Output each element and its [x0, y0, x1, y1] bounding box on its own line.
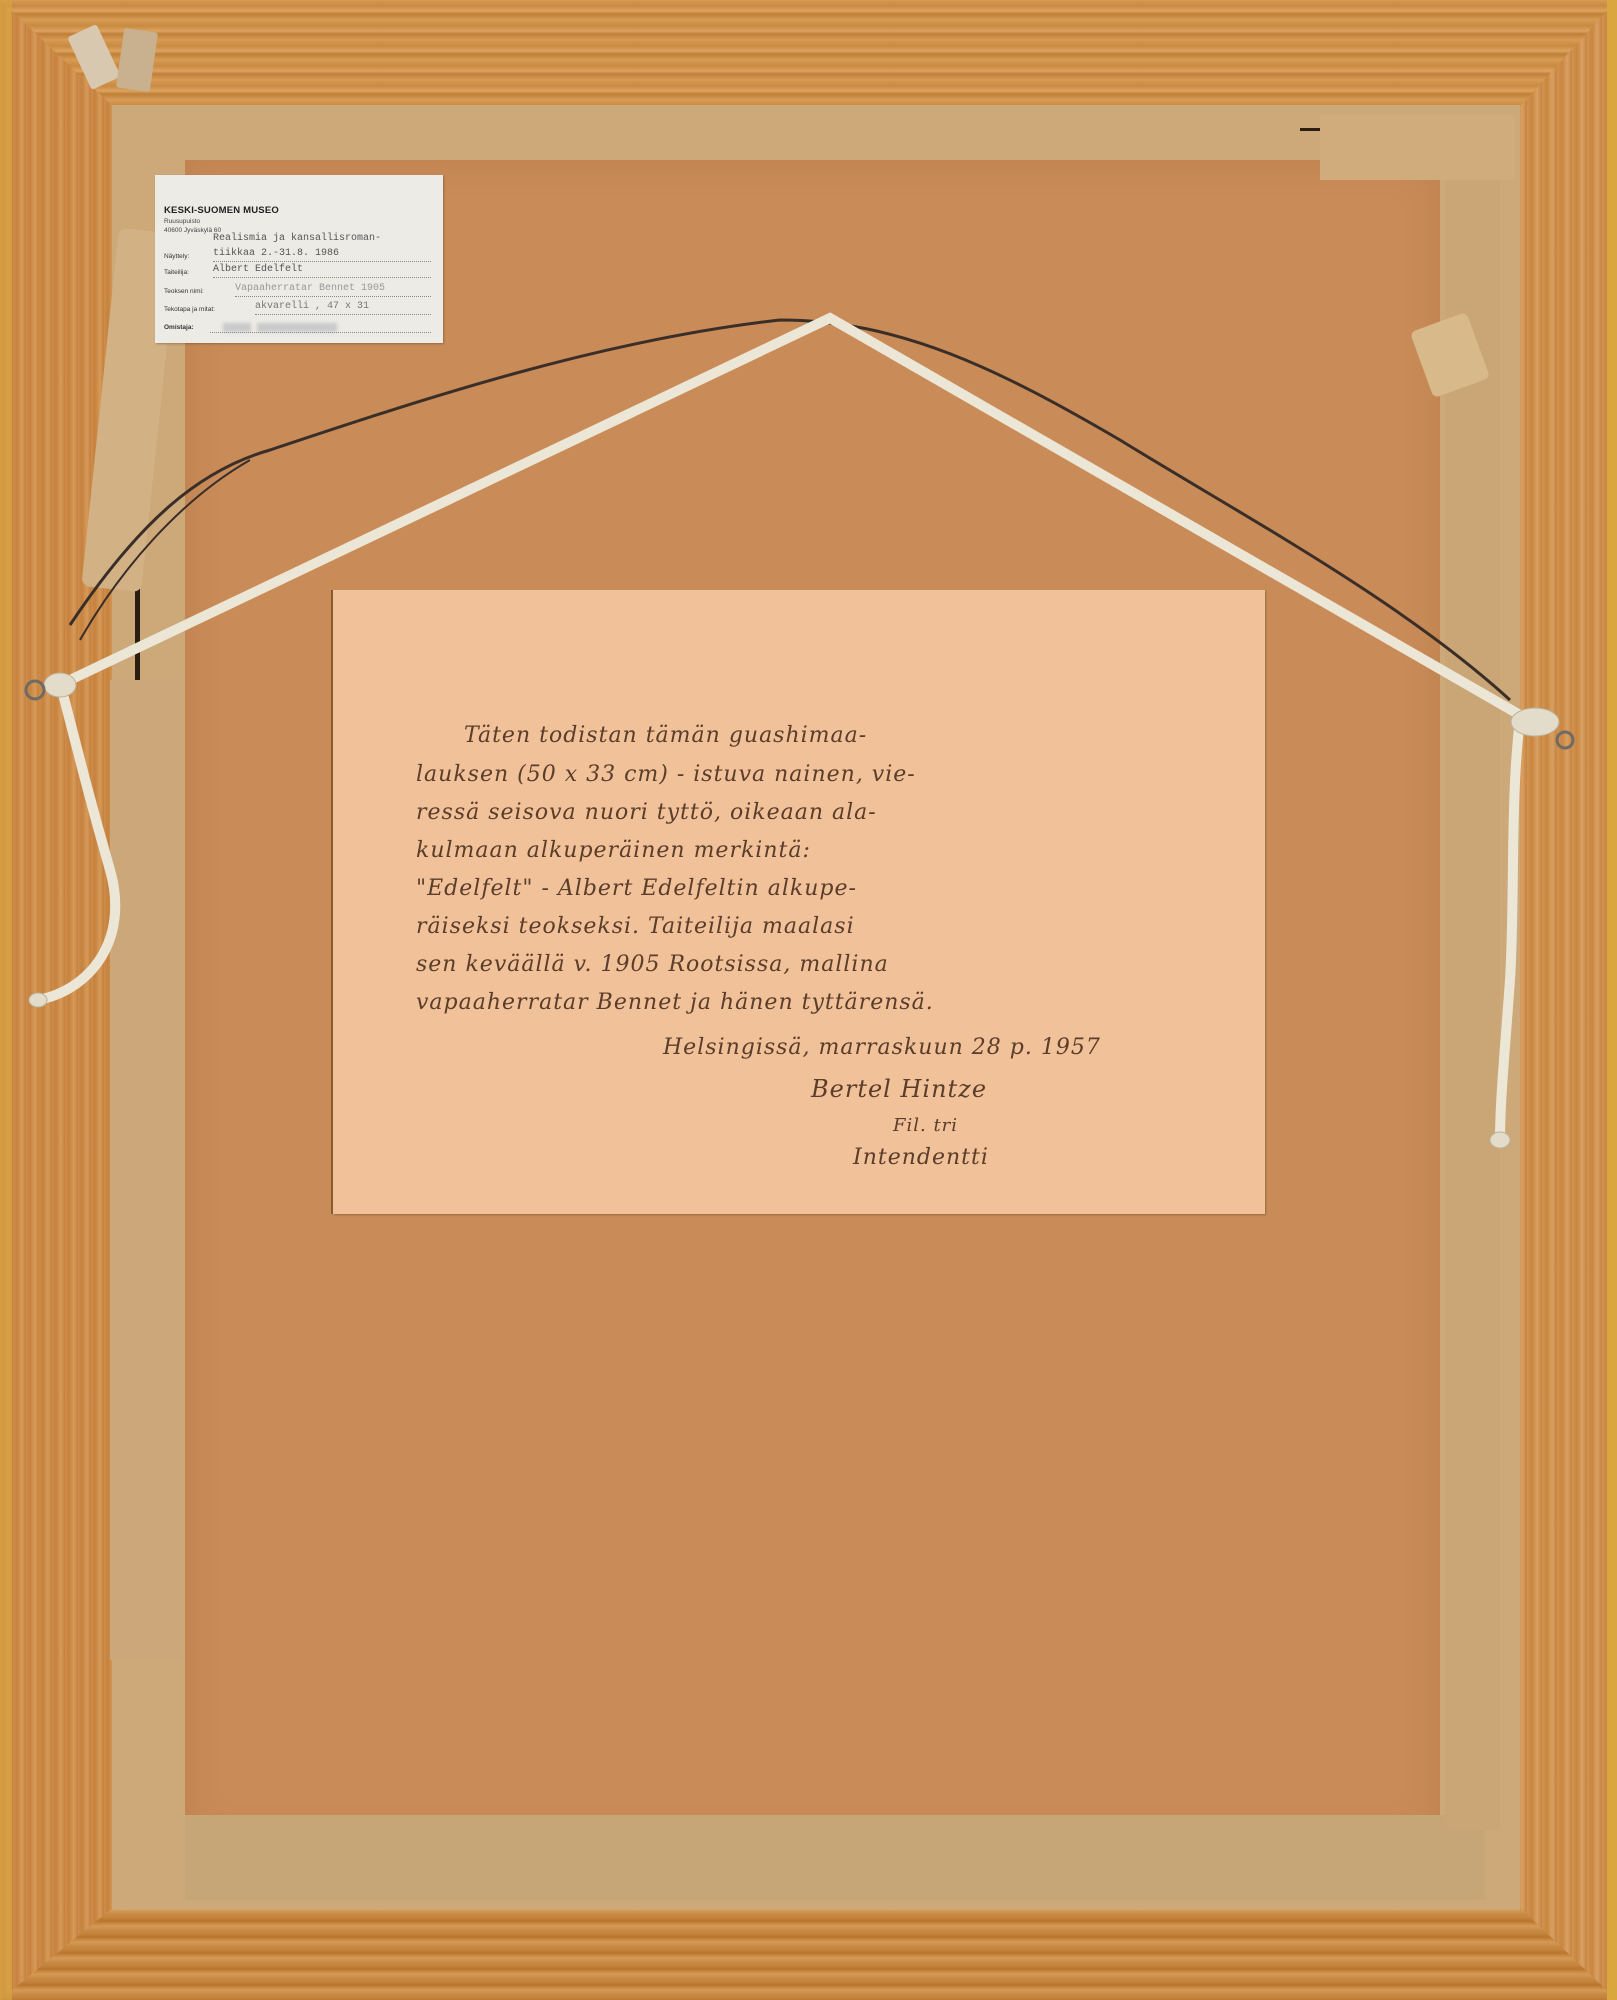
exhibition-label: Näyttely:: [164, 253, 189, 260]
note-signature: Bertel Hintze: [811, 1075, 987, 1103]
tape-strip-top-right: [1320, 115, 1515, 180]
work-title-label: Teoksen nimi:: [164, 288, 204, 295]
frame-right-rail: [1512, 0, 1617, 2000]
tape-strip-right: [1445, 180, 1500, 1830]
museum-address-line1: Ruusupuisto: [164, 218, 200, 225]
technique-value: akvarelli , 47 x 31: [255, 301, 369, 312]
frame-bottom-rail: [0, 1900, 1617, 2000]
frame-top-rail: [0, 0, 1617, 115]
frame-right-edge: [1607, 0, 1617, 2000]
museum-name: KESKI-SUOMEN MUSEO: [164, 205, 279, 216]
note-line: lauksen (50 x 33 cm) - istuva nainen, vi…: [416, 762, 916, 787]
note-place-date: Helsingissä, marraskuun 28 p. 1957: [663, 1035, 1101, 1060]
note-line: räiseksi teokseksi. Taiteilija maalasi: [416, 914, 855, 939]
note-title-intendentti: Intendentti: [853, 1145, 989, 1170]
artist-value: Albert Edelfelt: [213, 264, 303, 275]
note-line: "Edelfelt" - Albert Edelfeltin alkupe-: [416, 876, 857, 901]
tape-strip-bottom: [185, 1815, 1485, 1900]
handwritten-authentication-note: Täten todistan tämän guashimaa- lauksen …: [333, 590, 1265, 1214]
frame-left-edge: [0, 0, 12, 2000]
work-title-value: Vapaaherratar Bennet 1905: [235, 283, 385, 294]
tape-strip-left-lower: [110, 680, 182, 1660]
note-line: vapaaherratar Bennet ja hänen tyttärensä…: [416, 990, 934, 1015]
note-line: sen keväällä v. 1905 Rootsissa, mallina: [416, 952, 889, 977]
owner-label: Omistaja:: [164, 324, 194, 331]
note-line: kulmaan alkuperäinen merkintä:: [416, 838, 811, 863]
museum-exhibition-label: KESKI-SUOMEN MUSEO Ruusupuisto 40600 Jyv…: [155, 175, 443, 343]
owner-redacted-2: [257, 323, 337, 332]
note-title-fil-tri: Fil. tri: [893, 1115, 958, 1136]
technique-label: Tekotapa ja mitat:: [164, 306, 215, 313]
exhibition-value-line1: Realismia ja kansallisroman-: [213, 233, 381, 244]
artist-label: Taiteilija:: [164, 269, 189, 276]
exhibition-value-line2: tiikkaa 2.-31.8. 1986: [213, 248, 339, 259]
owner-redacted-1: [223, 323, 251, 332]
note-line: ressä seisova nuori tyttö, oikeaan ala-: [416, 800, 877, 825]
frame-left-rail: [0, 0, 122, 2000]
note-line: Täten todistan tämän guashimaa-: [464, 723, 867, 748]
